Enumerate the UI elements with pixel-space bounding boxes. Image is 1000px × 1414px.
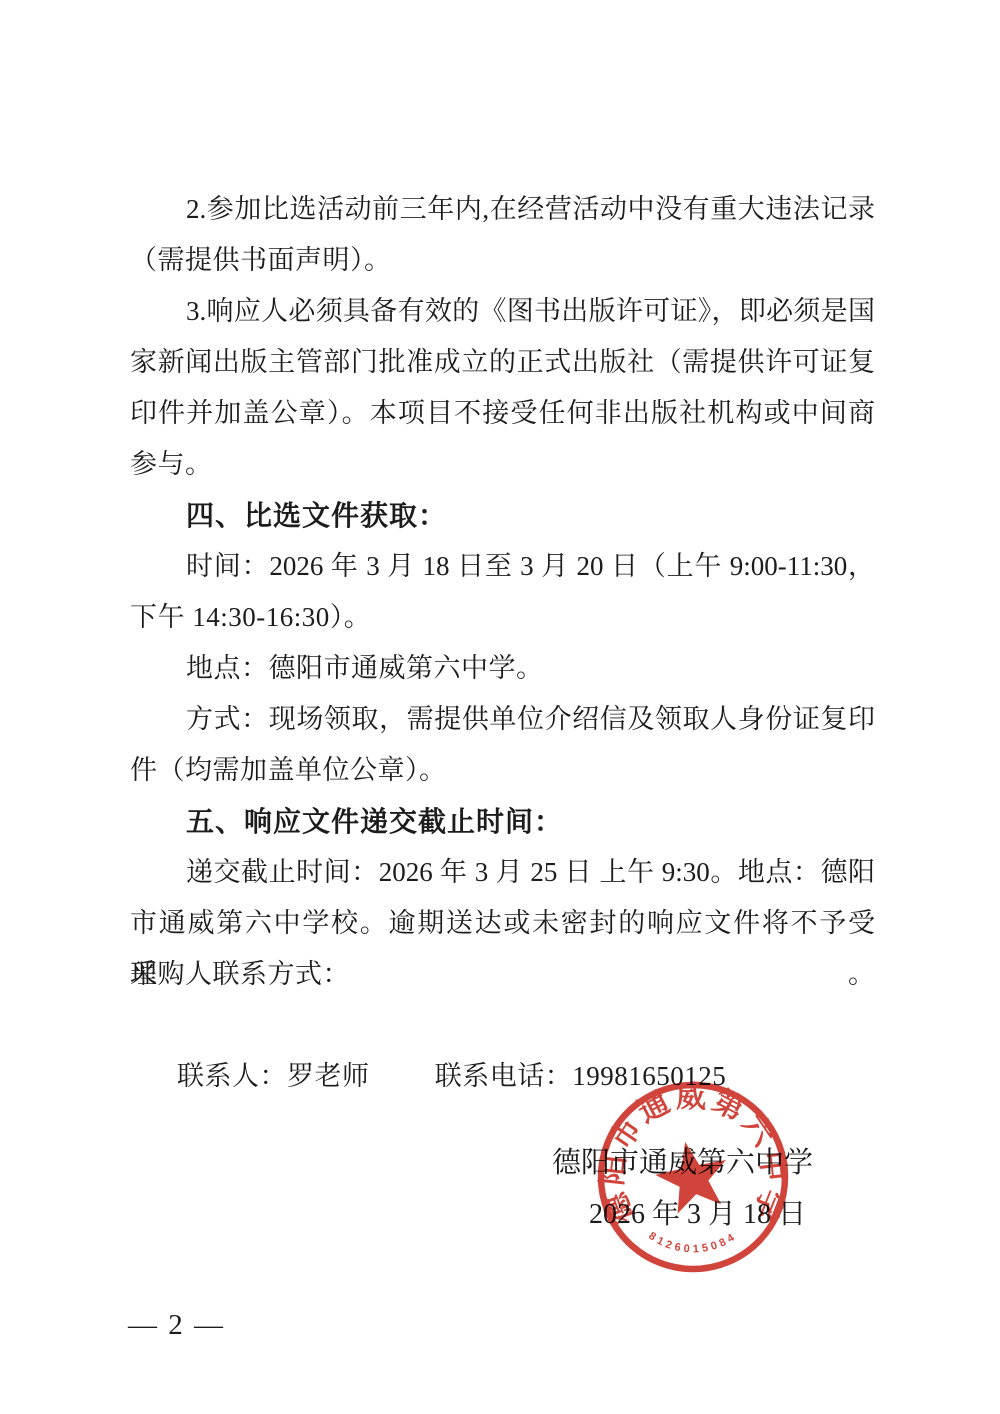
doc-line: 时间：2026 年 3 月 18 日至 3 月 20 日（上午 9:00-11:… bbox=[130, 541, 875, 592]
svg-text:8126015084: 8126015084 bbox=[646, 1230, 739, 1255]
doc-line: 印件并加盖公章）。本项目不接受任何非出版社机构或中间商 bbox=[130, 388, 875, 439]
doc-line: 件（均需加盖单位公章）。 bbox=[130, 745, 875, 796]
doc-line: 市通威第六中学校。逾期送达或未密封的响应文件将不予受理。 bbox=[130, 898, 875, 949]
signature-date: 2026 年 3 月 18 日 bbox=[589, 1198, 806, 1232]
doc-line: 3.响应人必须具备有效的《图书出版许可证》，即必须是国 bbox=[130, 286, 875, 337]
doc-line: 地点：德阳市通威第六中学。 bbox=[130, 643, 875, 694]
seal-code: 8126015084 bbox=[646, 1230, 739, 1255]
doc-line: 下午 14:30-16:30）。 bbox=[130, 592, 875, 643]
contact-person: 联系人：罗老师 bbox=[177, 1061, 370, 1091]
page-number: — 2 — bbox=[128, 1308, 225, 1342]
document-body: 2.参加比选活动前三年内,在经营活动中没有重大违法记录 （需提供书面声明）。 3… bbox=[130, 184, 875, 1102]
doc-line: （需提供书面声明）。 bbox=[130, 235, 875, 286]
blank-line bbox=[130, 1000, 875, 1051]
document-page: 2.参加比选活动前三年内,在经营活动中没有重大违法记录 （需提供书面声明）。 3… bbox=[0, 0, 1000, 1414]
doc-line: 参与。 bbox=[130, 439, 875, 490]
doc-line: 家新闻出版主管部门批准成立的正式出版社（需提供许可证复 bbox=[130, 337, 875, 388]
doc-line: 2.参加比选活动前三年内,在经营活动中没有重大违法记录 bbox=[130, 184, 875, 235]
doc-line: 方式：现场领取，需提供单位介绍信及领取人身份证复印 bbox=[130, 694, 875, 745]
contact-phone: 联系电话：19981650125 bbox=[435, 1061, 727, 1091]
doc-line: 递交截止时间：2026 年 3 月 25 日 上午 9:30。地点：德阳 bbox=[130, 847, 875, 898]
section-heading-5: 五、响应文件递交截止时间： bbox=[130, 796, 875, 847]
contact-line: 联系人：罗老师 联系电话：19981650125 bbox=[130, 1051, 875, 1102]
section-heading-4: 四、比选文件获取： bbox=[130, 490, 875, 541]
signature-org: 德阳市通威第六中学 bbox=[552, 1146, 813, 1180]
